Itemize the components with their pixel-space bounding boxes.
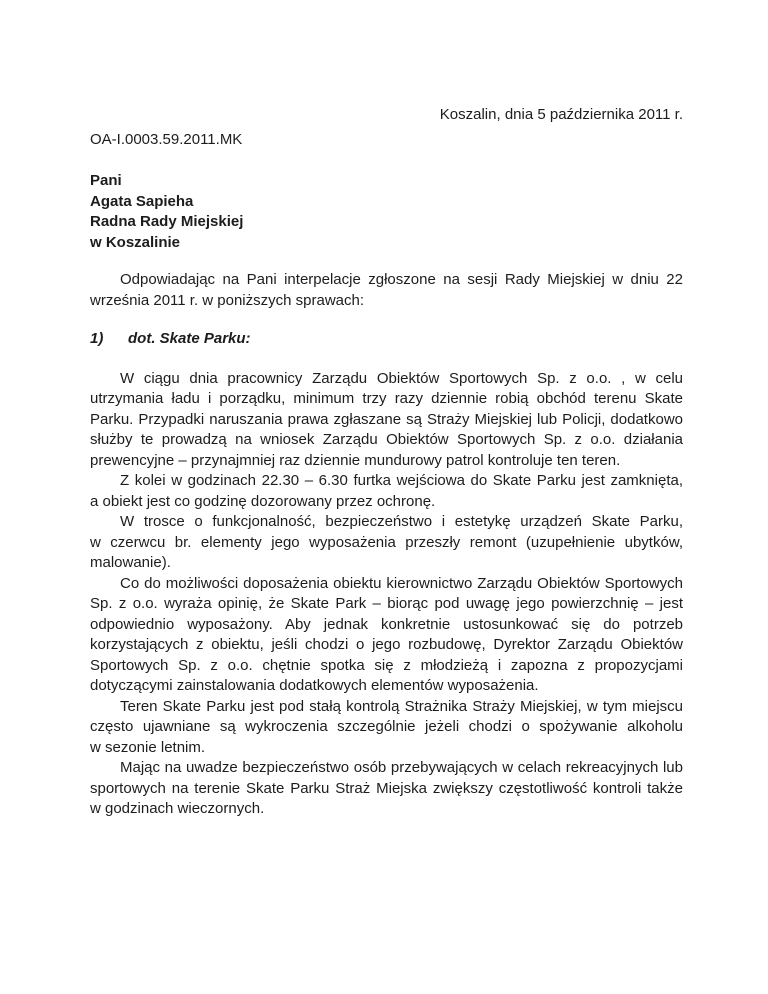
body-paragraph-equipment: Co do możliwości doposażenia obiektu kie… bbox=[90, 574, 683, 697]
intro-paragraph: Odpowiadając na Pani interpelacje zgłosz… bbox=[90, 270, 683, 311]
section-title: dot. Skate Parku: bbox=[128, 330, 251, 347]
body-paragraph-guard-control: Teren Skate Parku jest pod stałą kontrol… bbox=[90, 697, 683, 759]
reference-number: OA-I.0003.59.2011.MK bbox=[90, 130, 683, 151]
recipient-name: Agata Sapieha bbox=[90, 192, 683, 213]
recipient-salutation: Pani bbox=[90, 171, 683, 192]
recipient-block: Pani Agata Sapieha Radna Rady Miejskiej … bbox=[90, 171, 683, 253]
section-number: 1) bbox=[90, 329, 128, 350]
body-paragraph-increased-checks: Mając na uwadze bezpieczeństwo osób prze… bbox=[90, 758, 683, 820]
body-paragraph-renovation: W trosce o funkcjonalność, bezpieczeństw… bbox=[90, 512, 683, 574]
section-heading: 1)dot. Skate Parku: bbox=[90, 329, 683, 350]
letter-body: W ciągu dnia pracownicy Zarządu Obiektów… bbox=[90, 369, 683, 820]
letter-date: Koszalin, dnia 5 października 2011 r. bbox=[90, 105, 683, 126]
letter-page: Koszalin, dnia 5 października 2011 r. OA… bbox=[0, 0, 768, 994]
recipient-city: w Koszalinie bbox=[90, 233, 683, 254]
recipient-title: Radna Rady Miejskiej bbox=[90, 212, 683, 233]
body-paragraph-skate-patrols: W ciągu dnia pracownicy Zarządu Obiektów… bbox=[90, 369, 683, 472]
body-paragraph-night-closure: Z kolei w godzinach 22.30 – 6.30 furtka … bbox=[90, 471, 683, 512]
